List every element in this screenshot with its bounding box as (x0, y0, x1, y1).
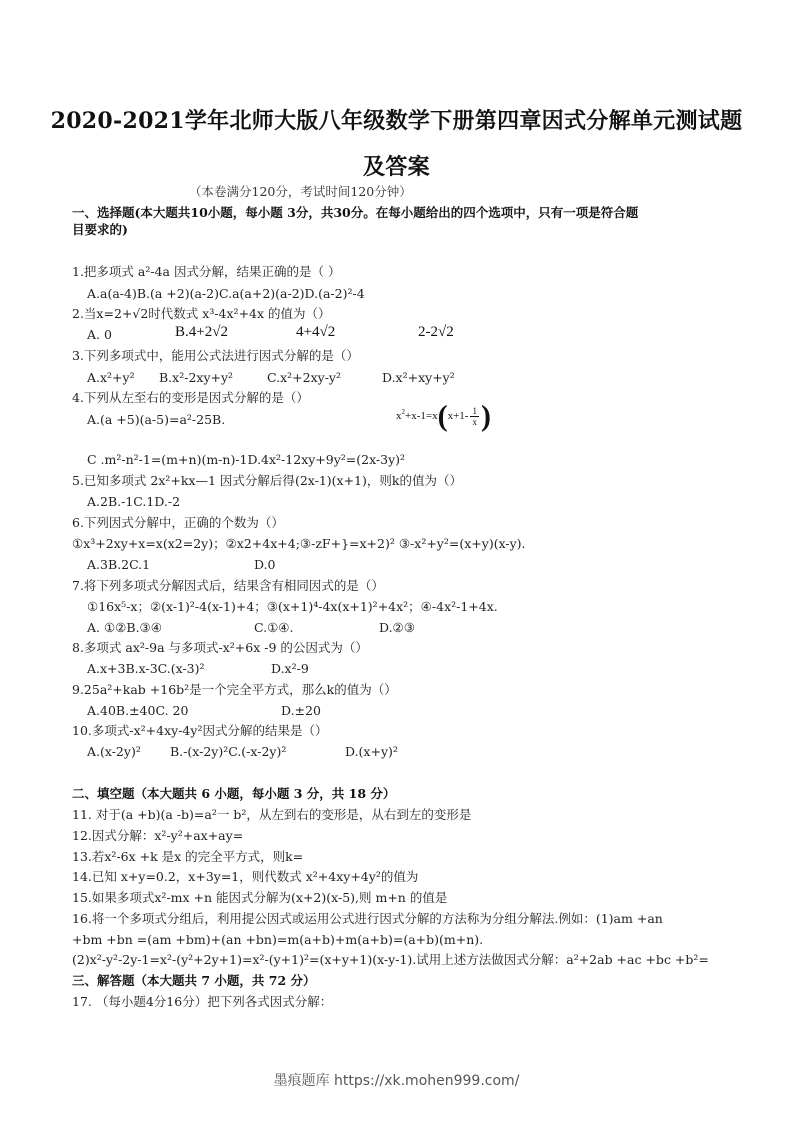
question-6: 6.下列因式分解中，正确的个数为（） (72, 515, 284, 531)
question-11: 11. 对于(a +b)(a -b)=a²一 b²，从左到右的变形是，从右到左的… (72, 807, 471, 823)
question-7-option-c: C.①④. (254, 620, 293, 635)
question-3: 3.下列多项式中，能用公式法进行因式分解的是（） (72, 348, 359, 364)
question-7-items: ①16x⁵-x；②(x-1)²-4(x-1)+4；③(x+1)⁴-4x(x+1)… (87, 599, 498, 615)
question-2: 2.当x=2+√2时代数式 x³-4x²+4x 的值为（） (72, 306, 331, 322)
document-title-line2: 及答案 (0, 150, 793, 181)
formula-inner: x+1- (448, 410, 469, 422)
question-16-line2: +bm +bn =(am +bm)+(an +bn)=m(a+b)+m(a+b)… (72, 932, 483, 948)
question-14: 14.已知 x+y=0.2，x+3y=1，则代数式 x²+4xy+4y²的值为 (72, 869, 418, 885)
left-paren: ( (438, 400, 448, 433)
question-10-option-a: A.(x-2y)² (87, 744, 141, 759)
question-4-options-cd: C .m²-n²-1=(m+n)(m-n)-1D.4x²-12xy+9y²=(2… (87, 452, 405, 468)
question-3-option-b: B.x²-2xy+y² (159, 370, 233, 385)
section1-heading-cont: 目要求的) (72, 222, 128, 238)
question-17: 17. （每小题4分16分）把下列各式因式分解： (72, 994, 332, 1010)
question-16-line1: 16.将一个多项式分组后，利用提公因式或运用公式进行因式分解的方法称为分组分解法… (72, 911, 663, 927)
question-10-options-bc: B.-(x-2y)²C.(-x-2y)² (170, 744, 286, 759)
question-1-options: A.a(a-4)B.(a +2)(a-2)C.a(a+2)(a-2)D.(a-2… (87, 286, 365, 302)
question-4-options-ab: A.(a +5)(a-5)=a²-25B. (87, 412, 225, 428)
document-title-line1: 2020-2021学年北师大版八年级数学下册第四章因式分解单元测试题 (0, 104, 793, 135)
question-9-options-abc: A.40B.±40C. 20 (87, 703, 188, 718)
section1-heading: 一、选择题(本大题共10小题，每小题 3分，共30分。在每小题给出的四个选项中，… (72, 205, 638, 221)
question-10: 10.多项式-x²+4xy-4y²因式分解的结果是（） (72, 723, 327, 739)
question-5: 5.已知多项式 2x²+kx—1 因式分解后得(2x-1)(x+1)，则k的值为… (72, 473, 462, 489)
question-15: 15.如果多项式x²-mx +n 能因式分解为(x+2)(x-5),则 m+n … (72, 890, 447, 906)
question-2-option-b: B.4+2√2 (175, 324, 228, 341)
question-1: 1.把多项式 a²-4a 因式分解，结果正确的是（ ） (72, 264, 340, 280)
question-8: 8.多项式 ax²-9a 与多项式-x²+6x -9 的公因式为（） (72, 640, 368, 656)
section3-heading: 三、解答题（本大题共 7 小题，共 72 分） (72, 973, 316, 989)
question-8-options-abc: A.x+3B.x-3C.(x-3)² (87, 661, 205, 676)
question-12: 12.因式分解：x²-y²+ax+ay= (72, 828, 243, 844)
question-2-option-c: 4+4√2 (296, 324, 335, 341)
exam-info: （本卷满分120分，考试时间120分钟） (189, 182, 412, 200)
question-2-option-d: 2-2√2 (418, 324, 454, 341)
right-paren: ) (481, 400, 491, 433)
question-3-option-a: A.x²+y² (87, 370, 135, 385)
formula-lhs: x2+x-1=x (396, 410, 438, 422)
question-6-option-d: D.0 (254, 557, 276, 572)
question-9: 9.25a²+kab +16b²是一个完全平方式，那么k的值为（） (72, 682, 397, 698)
question-10-option-d: D.(x+y)² (345, 744, 398, 759)
question-2-option-a: A. 0 (87, 327, 112, 342)
fraction: 1x (470, 406, 479, 427)
question-5-options: A.2B.-1C.1D.-2 (87, 494, 180, 510)
question-3-option-c: C.x²+2xy-y² (267, 370, 341, 385)
question-9-option-d: D.±20 (281, 703, 321, 718)
question-8-option-d: D.x²-9 (271, 661, 309, 676)
watermark-footer: 墨痕题库 https://xk.mohen999.com/ (0, 1070, 793, 1090)
question-6-options-abc: A.3B.2C.1 (87, 557, 150, 572)
question-6-items: ①x³+2xy+x=x(x2=2y)；②x2+4x+4;③-zF+}=x+2)²… (72, 536, 526, 552)
question-13: 13.若x²-6x +k 是x 的完全平方式，则k= (72, 849, 303, 865)
question-7: 7.将下列多项式分解因式后，结果含有相同因式的是（） (72, 578, 384, 594)
section2-heading: 二、填空题（本大题共 6 小题，每小题 3 分，共 18 分） (72, 786, 395, 802)
question-3-option-d: D.x²+xy+y² (382, 370, 455, 385)
question-7-option-d: D.②③ (379, 620, 415, 635)
question-16-line3: (2)x²-y²-2y-1=x²-(y²+2y+1)=x²-(y+1)²=(x+… (72, 952, 709, 968)
question-4-option-b-formula: x2+x-1=x(x+1-1x) (396, 406, 491, 427)
question-4: 4.下列从左至右的变形是因式分解的是（） (72, 390, 309, 406)
question-7-options-ab: A. ①②B.③④ (87, 620, 162, 635)
